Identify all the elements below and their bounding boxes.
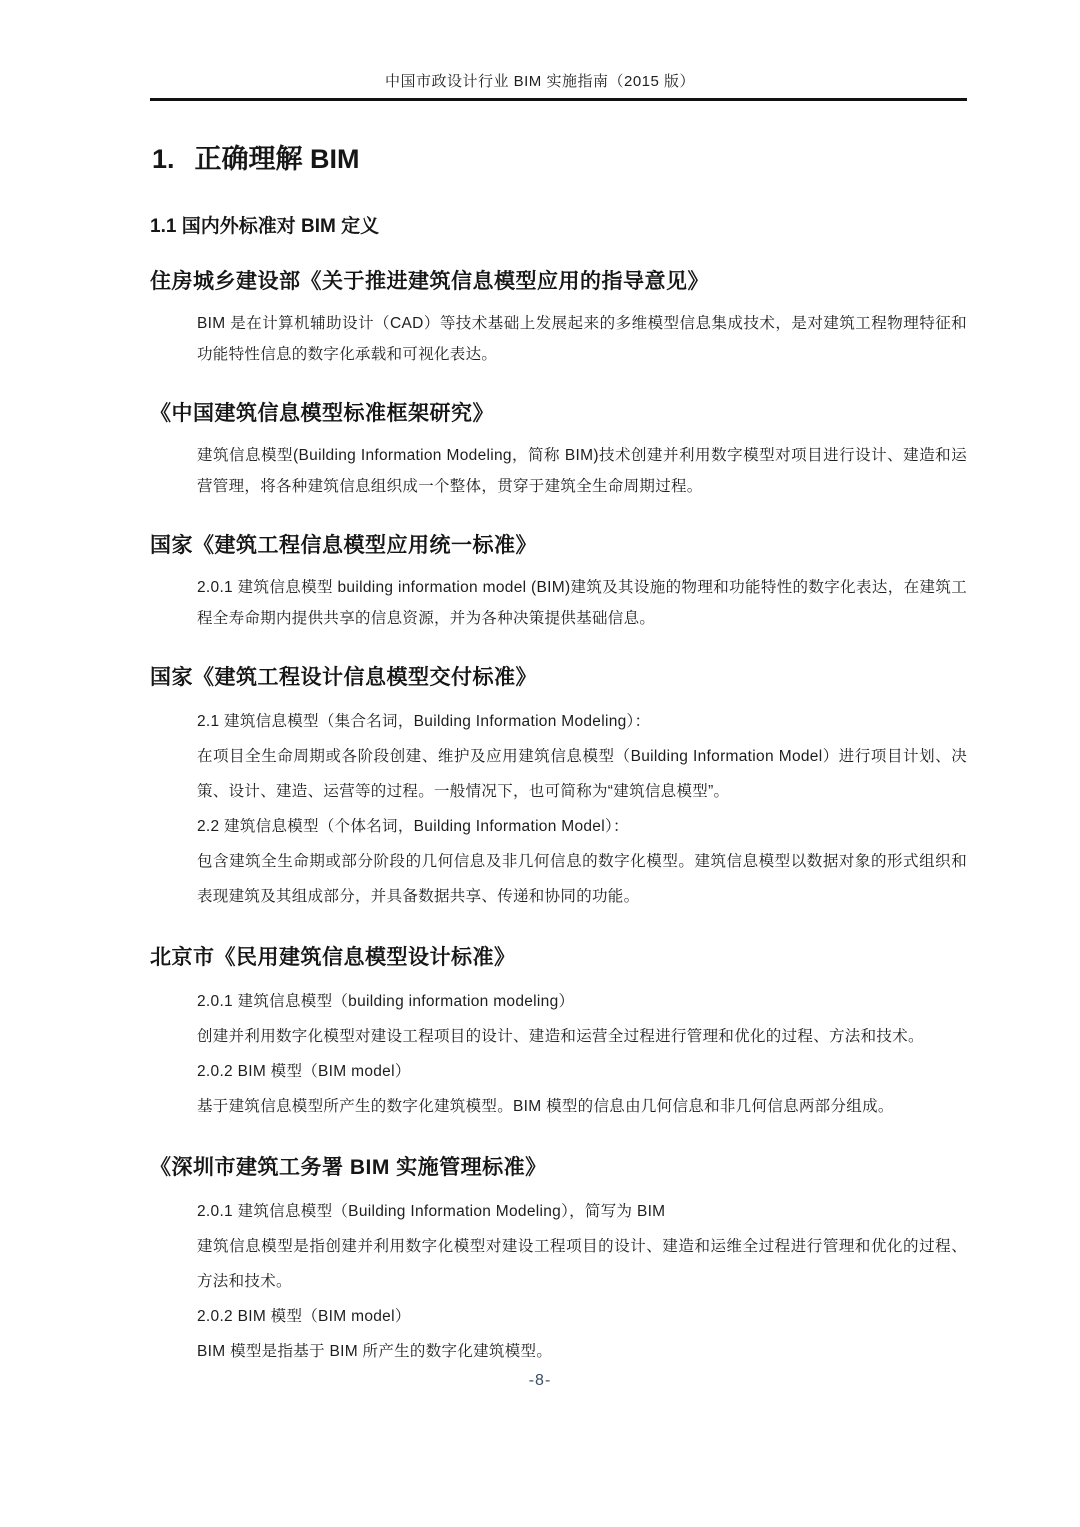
subsection-title-mohurd: 住房城乡建设部《关于推进建筑信息模型应用的指导意见》 bbox=[150, 265, 967, 295]
section-heading: 1.1 国内外标准对 BIM 定义 bbox=[150, 211, 967, 238]
paragraph: 2.0.1 建筑信息模型（Building Information Modeli… bbox=[197, 1194, 967, 1229]
paragraph: 2.1 建筑信息模型（集合名词，Building Information Mod… bbox=[197, 704, 967, 739]
paragraph: 2.0.2 BIM 模型（BIM model） bbox=[197, 1299, 967, 1334]
page-number: -8- bbox=[529, 1372, 552, 1389]
paragraph: 2.0.2 BIM 模型（BIM model） bbox=[197, 1054, 967, 1089]
paragraph: 2.0.1 建筑信息模型（building information modeli… bbox=[197, 984, 967, 1019]
subsection-title-delivery-standard: 国家《建筑工程设计信息模型交付标准》 bbox=[150, 661, 967, 691]
chapter-title: 正确理解 BIM bbox=[195, 144, 360, 174]
page-footer: -8- bbox=[0, 1372, 1080, 1390]
subsection-title-beijing-standard: 北京市《民用建筑信息模型设计标准》 bbox=[150, 941, 967, 971]
header-rule bbox=[150, 98, 967, 101]
paragraph: 建筑信息模型(Building Information Modeling，简称 … bbox=[197, 440, 967, 502]
chapter-number: 1. bbox=[152, 144, 175, 174]
subsection-title-unified-standard: 国家《建筑工程信息模型应用统一标准》 bbox=[150, 529, 967, 559]
chapter-heading: 1.正确理解 BIM bbox=[152, 143, 967, 175]
subsection-title-framework-research: 《中国建筑信息模型标准框架研究》 bbox=[150, 397, 967, 427]
page-content: 1.正确理解 BIM 1.1 国内外标准对 BIM 定义 住房城乡建设部《关于推… bbox=[0, 143, 1080, 1369]
paragraph: BIM 模型是指基于 BIM 所产生的数字化建筑模型。 bbox=[197, 1334, 967, 1369]
paragraph: 建筑信息模型是指创建并利用数字化模型对建设工程项目的设计、建造和运维全过程进行管… bbox=[197, 1229, 967, 1299]
paragraph: 包含建筑全生命期或部分阶段的几何信息及非几何信息的数字化模型。建筑信息模型以数据… bbox=[197, 844, 967, 914]
paragraph: BIM 是在计算机辅助设计（CAD）等技术基础上发展起来的多维模型信息集成技术，… bbox=[197, 308, 967, 370]
paragraph: 在项目全生命周期或各阶段创建、维护及应用建筑信息模型（Building Info… bbox=[197, 739, 967, 809]
paragraph: 创建并利用数字化模型对建设工程项目的设计、建造和运营全过程进行管理和优化的过程、… bbox=[197, 1019, 967, 1054]
subsection-title-shenzhen-standard: 《深圳市建筑工务署 BIM 实施管理标准》 bbox=[150, 1151, 967, 1181]
paragraph: 2.0.1 建筑信息模型 building information model … bbox=[197, 572, 967, 634]
paragraph: 2.2 建筑信息模型（个体名词，Building Information Mod… bbox=[197, 809, 967, 844]
document-page: 中国市政设计行业 BIM 实施指南（2015 版） 1.正确理解 BIM 1.1… bbox=[0, 0, 1080, 1527]
paragraph: 基于建筑信息模型所产生的数字化建筑模型。BIM 模型的信息由几何信息和非几何信息… bbox=[197, 1089, 967, 1124]
running-head: 中国市政设计行业 BIM 实施指南（2015 版） bbox=[0, 0, 1080, 91]
